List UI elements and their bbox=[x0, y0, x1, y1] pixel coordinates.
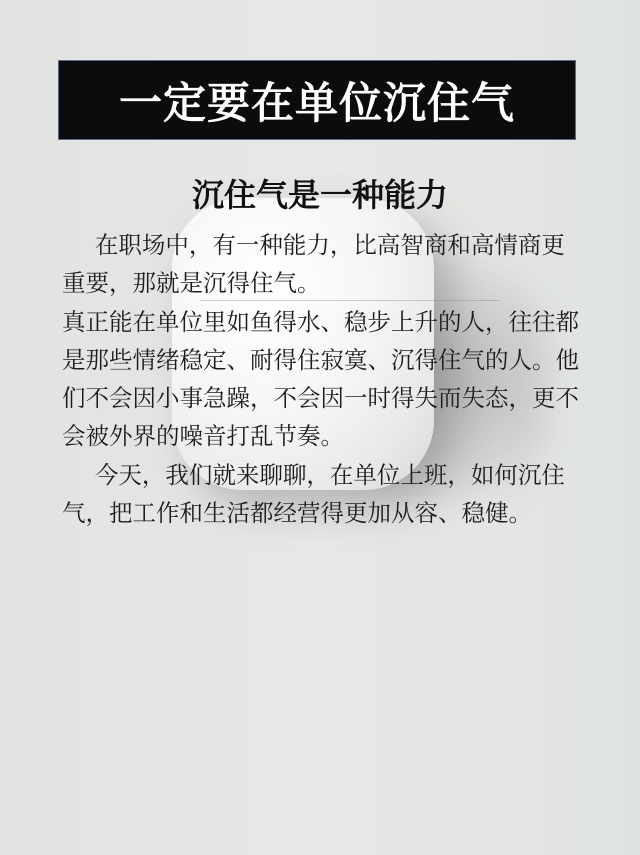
page-title: 一定要在单位沉住气 bbox=[119, 70, 515, 131]
section-heading: 沉住气是一种能力 bbox=[0, 170, 640, 216]
paragraph-2: 真正能在单位里如鱼得水、稳步上升的人，往往都是那些情绪稳定、耐得住寂寞、沉得住气… bbox=[62, 303, 582, 456]
title-banner: 一定要在单位沉住气 bbox=[58, 60, 576, 140]
paragraph-1: 在职场中，有一种能力，比高智商和高情商更重要，那就是沉得住气。 bbox=[62, 226, 582, 303]
article-body: 在职场中，有一种能力，比高智商和高情商更重要，那就是沉得住气。 真正能在单位里如… bbox=[62, 226, 582, 532]
paragraph-3: 今天，我们就来聊聊，在单位上班，如何沉住气，把工作和生活都经营得更加从容、稳健。 bbox=[62, 456, 582, 533]
